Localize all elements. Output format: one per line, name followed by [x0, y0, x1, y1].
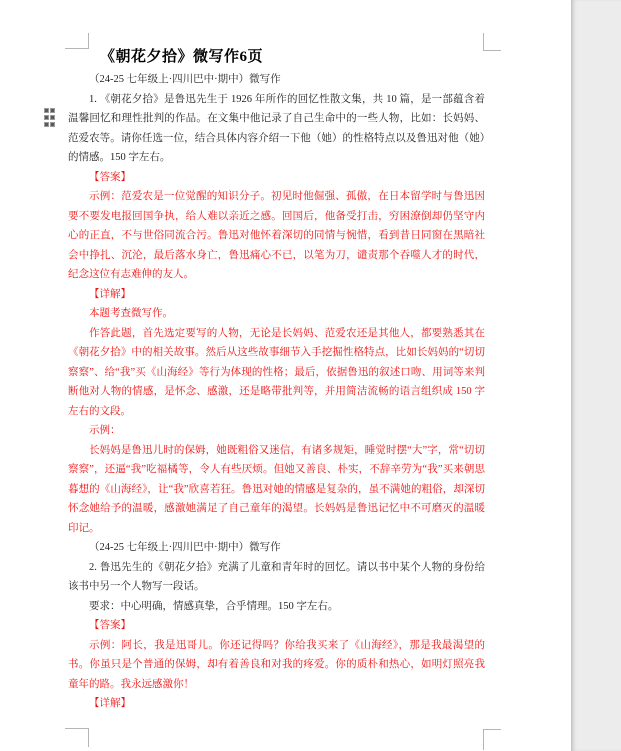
detail-1-example: 长妈妈是鲁迅儿时的保姆，她既粗俗又迷信，有诸多规矩，睡觉时摆“大”字，常“切切察…: [68, 441, 485, 539]
document-window: 《朝花夕拾》微写作6页 （24-25 七年级上·四川巴中·期中）微写作 1. 《…: [0, 0, 621, 751]
answer-2: 示例：阿长，我是迅哥儿。你还记得吗？你给我买来了《山海经》，那是我最渴望的书。你…: [68, 636, 485, 695]
question-2: 2. 鲁迅先生的《朝花夕拾》充满了儿童和青年时的回忆。请以书中某个人物的身份给该…: [68, 558, 485, 597]
margin-mark-bottom-right-icon: [483, 729, 501, 750]
margin-mark-bottom-left-icon: [65, 728, 89, 747]
document-content: 《朝花夕拾》微写作6页 （24-25 七年级上·四川巴中·期中）微写作 1. 《…: [68, 44, 485, 714]
detail-1-intro: 本题考查微写作。: [68, 304, 485, 324]
document-title: 《朝花夕拾》微写作6页: [100, 44, 485, 70]
answer-1: 示例：范爱农是一位觉醒的知识分子。初见时他倔强、孤傲，在日本留学时与鲁迅因要不要…: [68, 187, 485, 285]
canvas-background: [571, 0, 621, 751]
margin-mark-top-right-icon: [483, 33, 501, 51]
detail-label-2: 【详解】: [68, 694, 485, 714]
meta-source-1: （24-25 七年级上·四川巴中·期中）微写作: [68, 70, 485, 90]
answer-label-1: 【答案】: [68, 168, 485, 188]
meta-source-2: （24-25 七年级上·四川巴中·期中）微写作: [68, 538, 485, 558]
question-2-requirements: 要求：中心明确，情感真挚，合乎情理。150 字左右。: [68, 597, 485, 617]
detail-label-1: 【详解】: [68, 285, 485, 305]
answer-label-2: 【答案】: [68, 616, 485, 636]
document-page: 《朝花夕拾》微写作6页 （24-25 七年级上·四川巴中·期中）微写作 1. 《…: [0, 0, 571, 751]
detail-1-analysis: 作答此题，首先选定要写的人物，无论是长妈妈、范爱农还是其他人，都要熟悉其在《朝花…: [68, 324, 485, 422]
detail-1-example-label: 示例：: [68, 421, 485, 441]
question-1: 1. 《朝花夕拾》是鲁迅先生于 1926 年所作的回忆性散文集，共 10 篇，是…: [68, 90, 485, 168]
drag-handle-icon[interactable]: [43, 107, 56, 128]
